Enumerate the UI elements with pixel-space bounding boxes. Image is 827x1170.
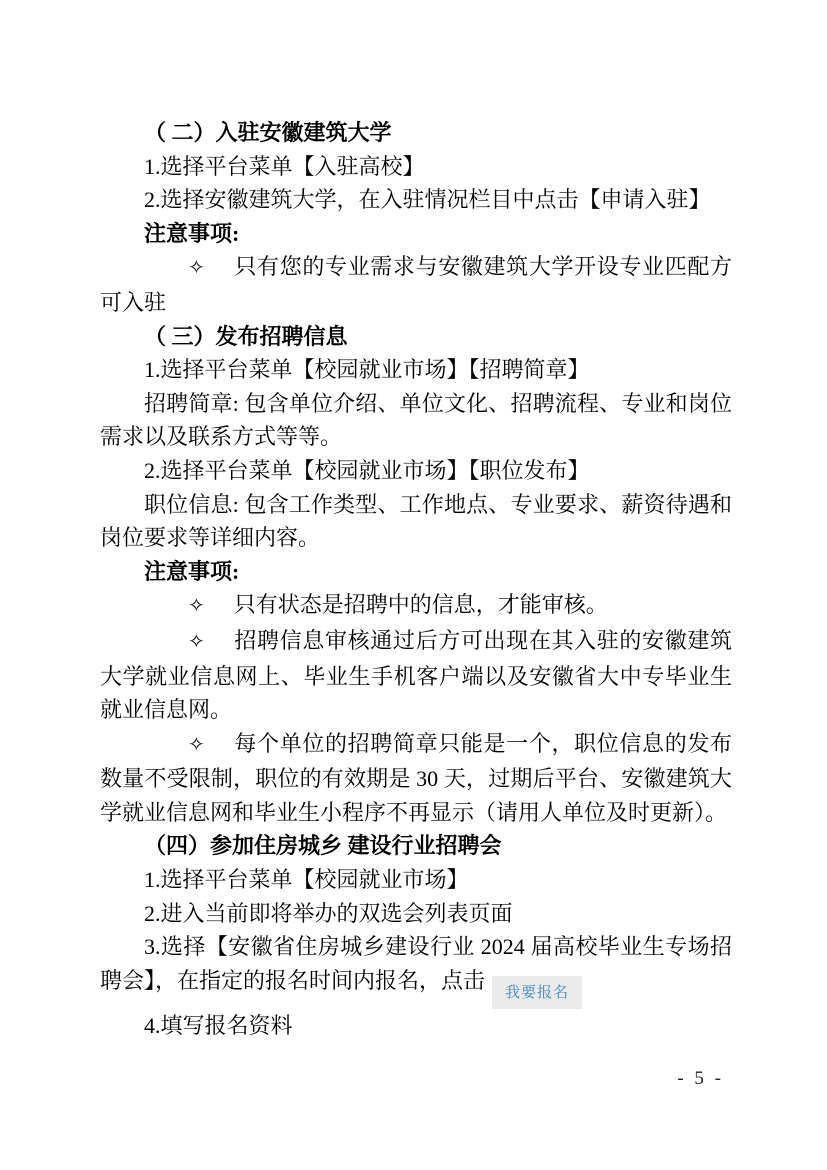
step-item: 2.选择平台菜单【校园就业市场】【职位发布】 <box>100 454 732 488</box>
step-item: 4.填写报名资料 <box>100 1009 732 1043</box>
note-bullet-text: 只有状态是招聘中的信息，才能审核。 <box>234 592 608 617</box>
step-item: 2.选择安徽建筑大学，在入驻情况栏目中点击【申请入驻】 <box>100 183 732 217</box>
four-pointed-star-icon: ✧ <box>144 590 205 624</box>
step-item: 1.选择平台菜单【校园就业市场】【招聘简章】 <box>100 353 732 387</box>
four-pointed-star-icon: ✧ <box>144 252 205 286</box>
step-item: 1.选择平台菜单【入驻高校】 <box>100 150 732 184</box>
step-item-with-button: 3.选择【安徽省住房城乡建设行业 2024 届高校毕业生专场招聘会】，在指定的报… <box>100 930 732 1009</box>
signup-button-image: 我要报名 <box>492 976 582 1009</box>
page-number: - 5 - <box>677 1068 724 1090</box>
body-paragraph: 招聘简章: 包含单位介绍、单位文化、招聘流程、专业和岗位需求以及联系方式等等。 <box>100 387 732 454</box>
section-heading-2: （ 二）入驻安徽建筑大学 <box>100 116 732 150</box>
step-item: 2.进入当前即将举办的双选会列表页面 <box>100 897 732 931</box>
note-bullet: ✧每个单位的招聘简章只能是一个，职位信息的发布数量不受限制，职位的有效期是 30… <box>100 727 732 830</box>
notes-label: 注意事项: <box>100 555 732 589</box>
note-bullet: ✧只有状态是招聘中的信息，才能审核。 <box>100 588 732 624</box>
document-page: （ 二）入驻安徽建筑大学 1.选择平台菜单【入驻高校】 2.选择安徽建筑大学，在… <box>0 0 827 1170</box>
body-paragraph: 职位信息: 包含工作类型、工作地点、专业要求、薪资待遇和岗位要求等详细内容。 <box>100 488 732 555</box>
step-item: 1.选择平台菜单【校园就业市场】 <box>100 863 732 897</box>
step-item-text: 3.选择【安徽省住房城乡建设行业 2024 届高校毕业生专场招聘会】，在指定的报… <box>100 934 732 993</box>
four-pointed-star-icon: ✧ <box>144 626 205 660</box>
notes-label: 注意事项: <box>100 217 732 251</box>
section-heading-3: （ 三）发布招聘信息 <box>100 320 732 354</box>
four-pointed-star-icon: ✧ <box>144 729 205 763</box>
note-bullet: ✧只有您的专业需求与安徽建筑大学开设专业匹配方可入驻 <box>100 250 732 319</box>
document-body: （ 二）入驻安徽建筑大学 1.选择平台菜单【入驻高校】 2.选择安徽建筑大学，在… <box>100 116 732 1042</box>
note-bullet: ✧招聘信息审核通过后方可出现在其入驻的安徽建筑大学就业信息网上、毕业生手机客户端… <box>100 624 732 727</box>
section-heading-4: （四）参加住房城乡 建设行业招聘会 <box>100 829 732 863</box>
